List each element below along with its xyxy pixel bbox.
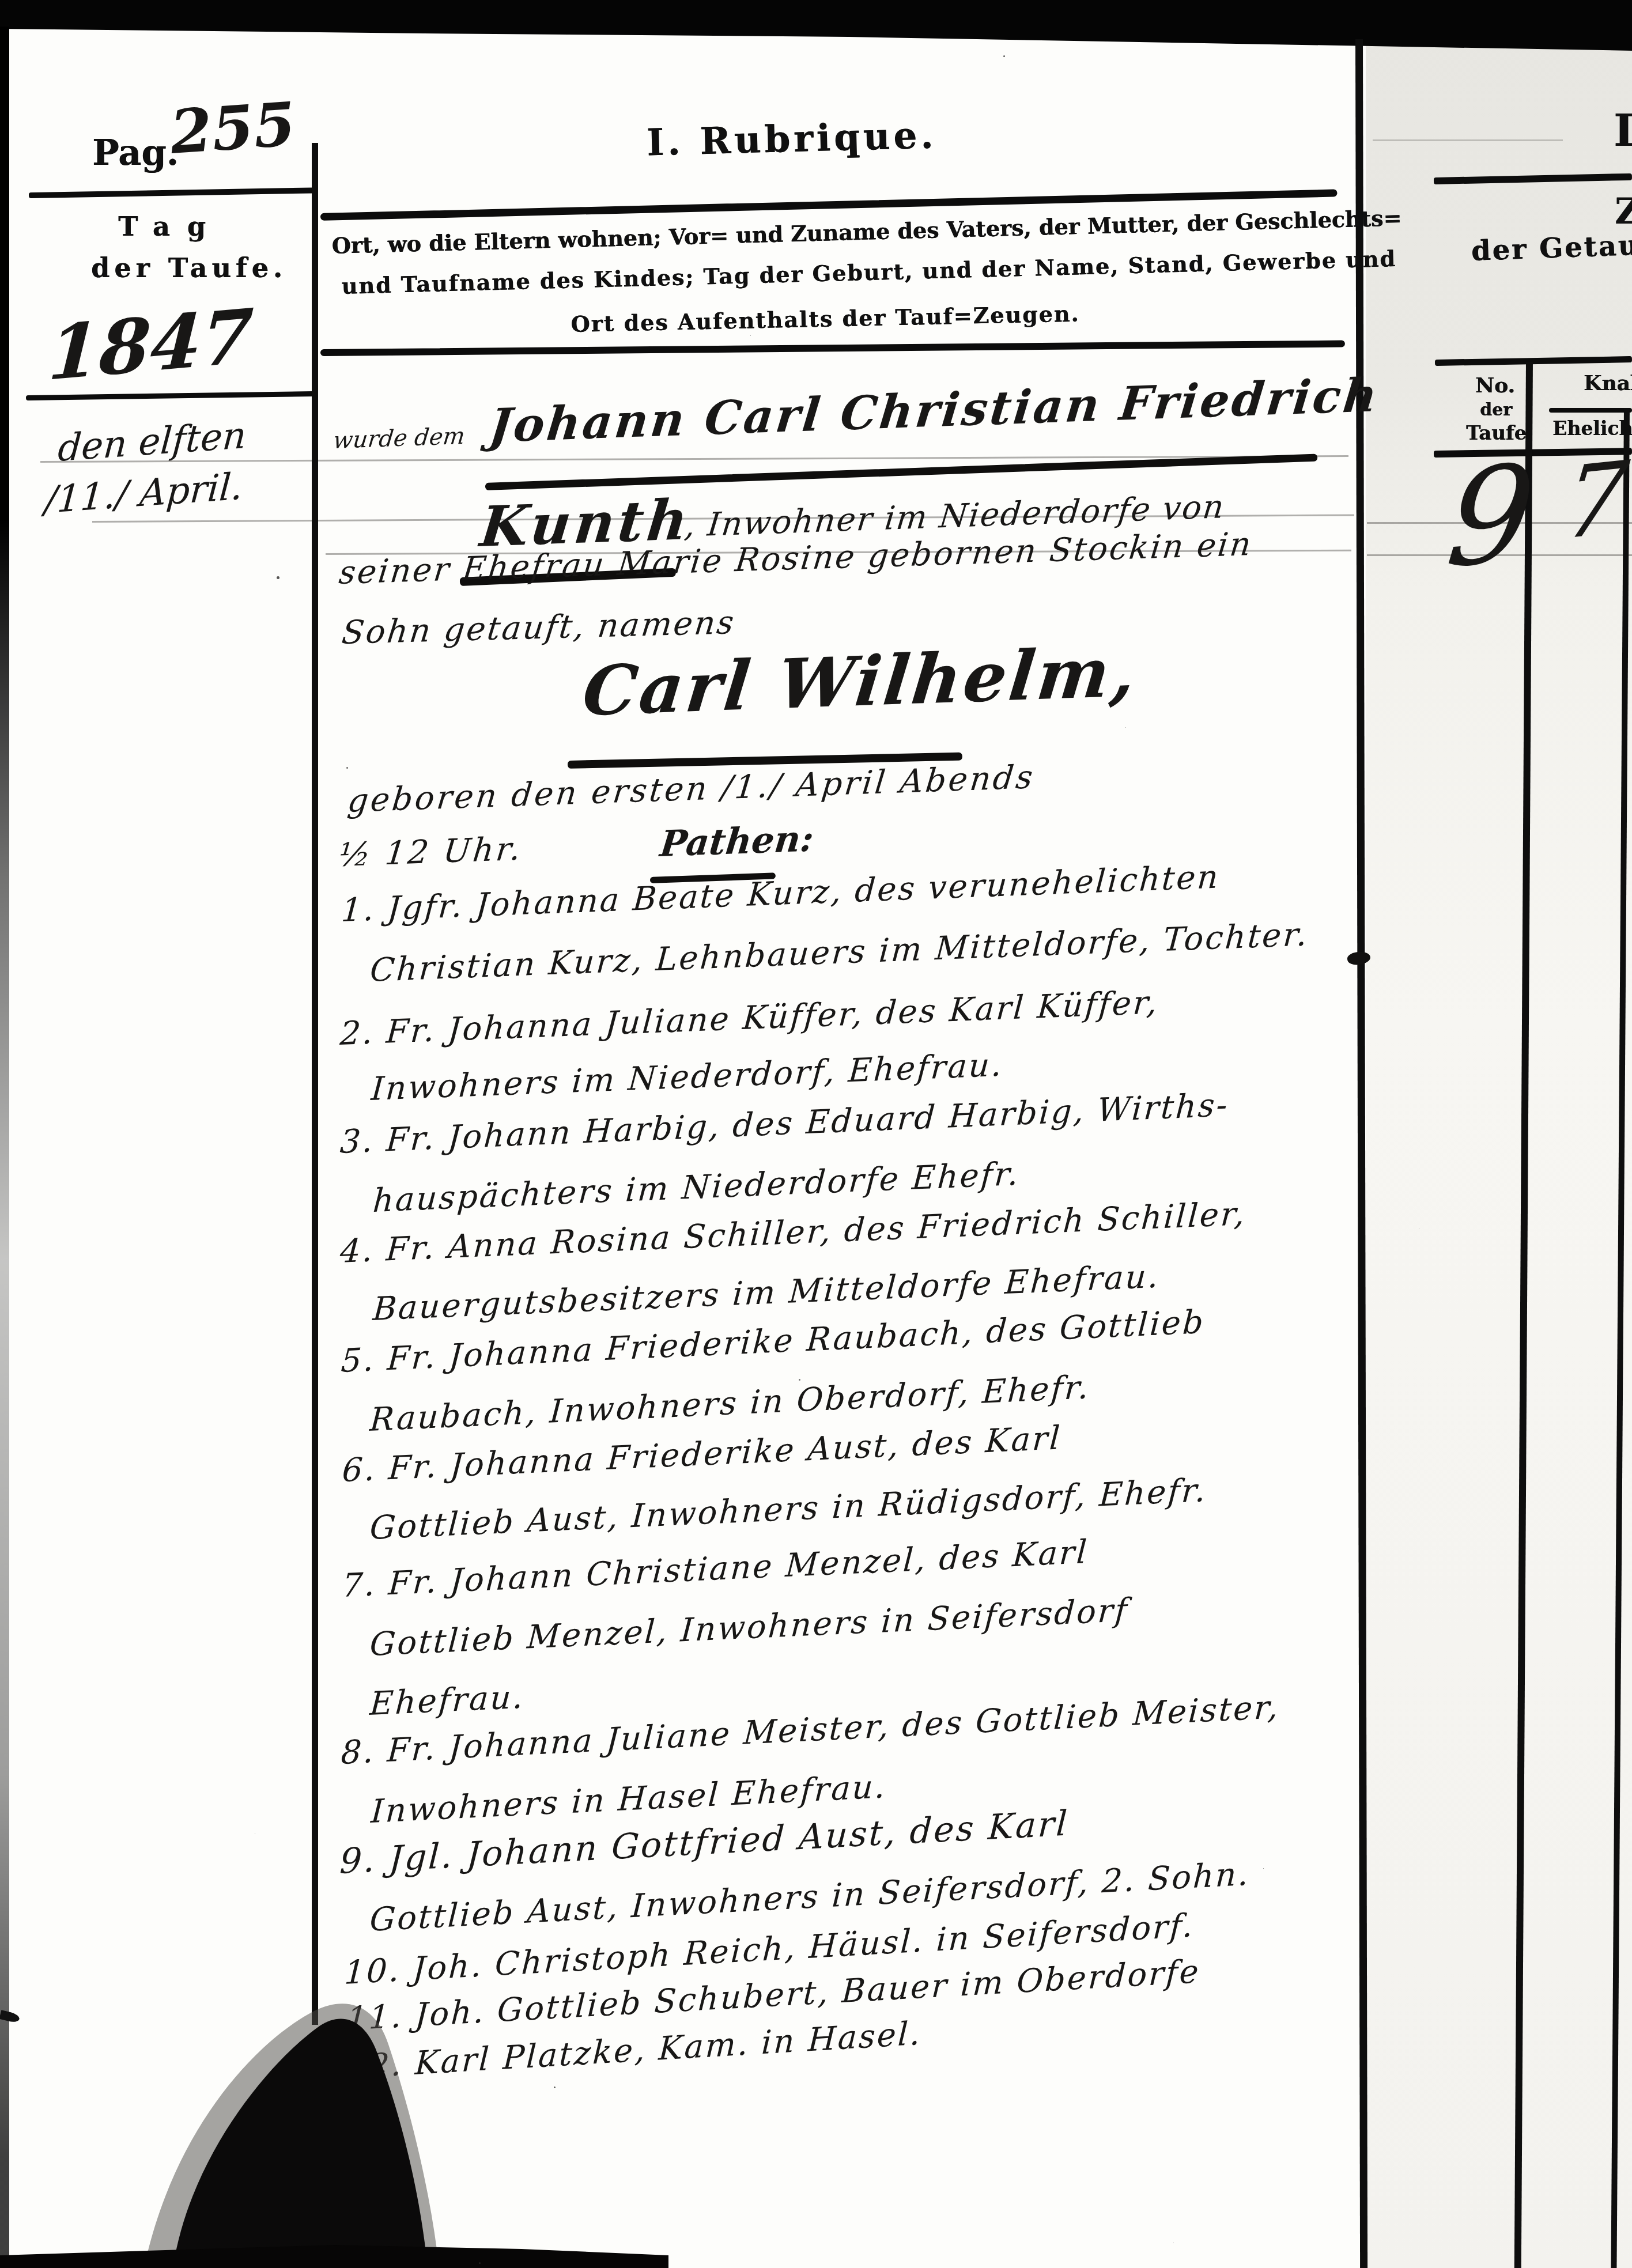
page-label: Pag.: [92, 131, 179, 173]
baptism-date-line2: /11./ April.: [43, 465, 244, 522]
facing-page-word-fragment: Z: [1615, 190, 1632, 232]
rubric-title: I. Rubrique.: [646, 114, 937, 164]
father-given-names: Johann Carl Christian Friedrich: [487, 368, 1382, 453]
facing-page-title-fragment: der Getauft: [1471, 228, 1632, 267]
scan-left-edge-strip: [0, 27, 9, 2268]
column-divider-line: [312, 143, 318, 2025]
birth-line2: ½ 12 Uhr.: [337, 830, 524, 874]
birth-line1: geboren den ersten /1./ April Abends: [346, 758, 1037, 820]
godparent-7-line1: 7. Fr. Johann Christiane Menzel, des Kar…: [341, 1533, 1090, 1605]
scanned-register-page: { "document": { "page_label": "Pag.", "p…: [0, 0, 1632, 2268]
legitimate-count-value: 7: [1559, 440, 1632, 562]
day-column-header-line1: Tag: [118, 211, 223, 242]
facing-page-background: [1366, 0, 1632, 2268]
rule-under-page-number: [29, 187, 315, 198]
godparent-2-line1: 2. Fr. Johanna Juliane Küffer, des Karl …: [339, 984, 1160, 1053]
boys-column-header: Knaben: [1584, 371, 1632, 395]
rubric-description-line3: Ort des Aufenthalts der Tauf=Zeugen.: [571, 301, 1080, 337]
child-name: Carl Wilhelm,: [579, 632, 1142, 731]
boys-subheader-rule: [1549, 408, 1632, 413]
facing-page-corner-letter-fragment: I: [1614, 105, 1632, 156]
godparent-7-line2: Gottlieb Menzel, Inwohners in Seifersdor…: [369, 1592, 1129, 1664]
scan-finger-blob: [0, 1959, 692, 2268]
page-number: 255: [168, 88, 297, 168]
dust-specks: [277, 576, 279, 579]
entry-intro-word: wurde dem: [332, 423, 466, 454]
day-column-header-line2: der Taufe.: [91, 252, 287, 283]
child-sohn-line: Sohn getauft, namens: [340, 604, 737, 652]
header-bottom-heavy-rule: [320, 340, 1345, 356]
baptism-no-header-line1: No.: [1475, 373, 1515, 398]
godparents-heading: Pathen:: [658, 817, 816, 865]
legitimate-column-header: Eheliche.: [1552, 417, 1632, 440]
guide-line: [1373, 139, 1563, 141]
godparent-2-line2: Inwohners im Niederdorf, Ehefrau.: [370, 1046, 1004, 1108]
scan-top-black-band: [0, 0, 1632, 53]
year-handwritten: 1847: [46, 293, 255, 398]
baptism-number-value: 9: [1441, 436, 1541, 598]
godparent-1-line2: Christian Kurz, Lehnbauers im Mitteldorf…: [369, 916, 1310, 989]
baptism-no-header-line2: der: [1480, 400, 1512, 420]
godparent-7-line3: Ehefrau.: [369, 1679, 526, 1723]
